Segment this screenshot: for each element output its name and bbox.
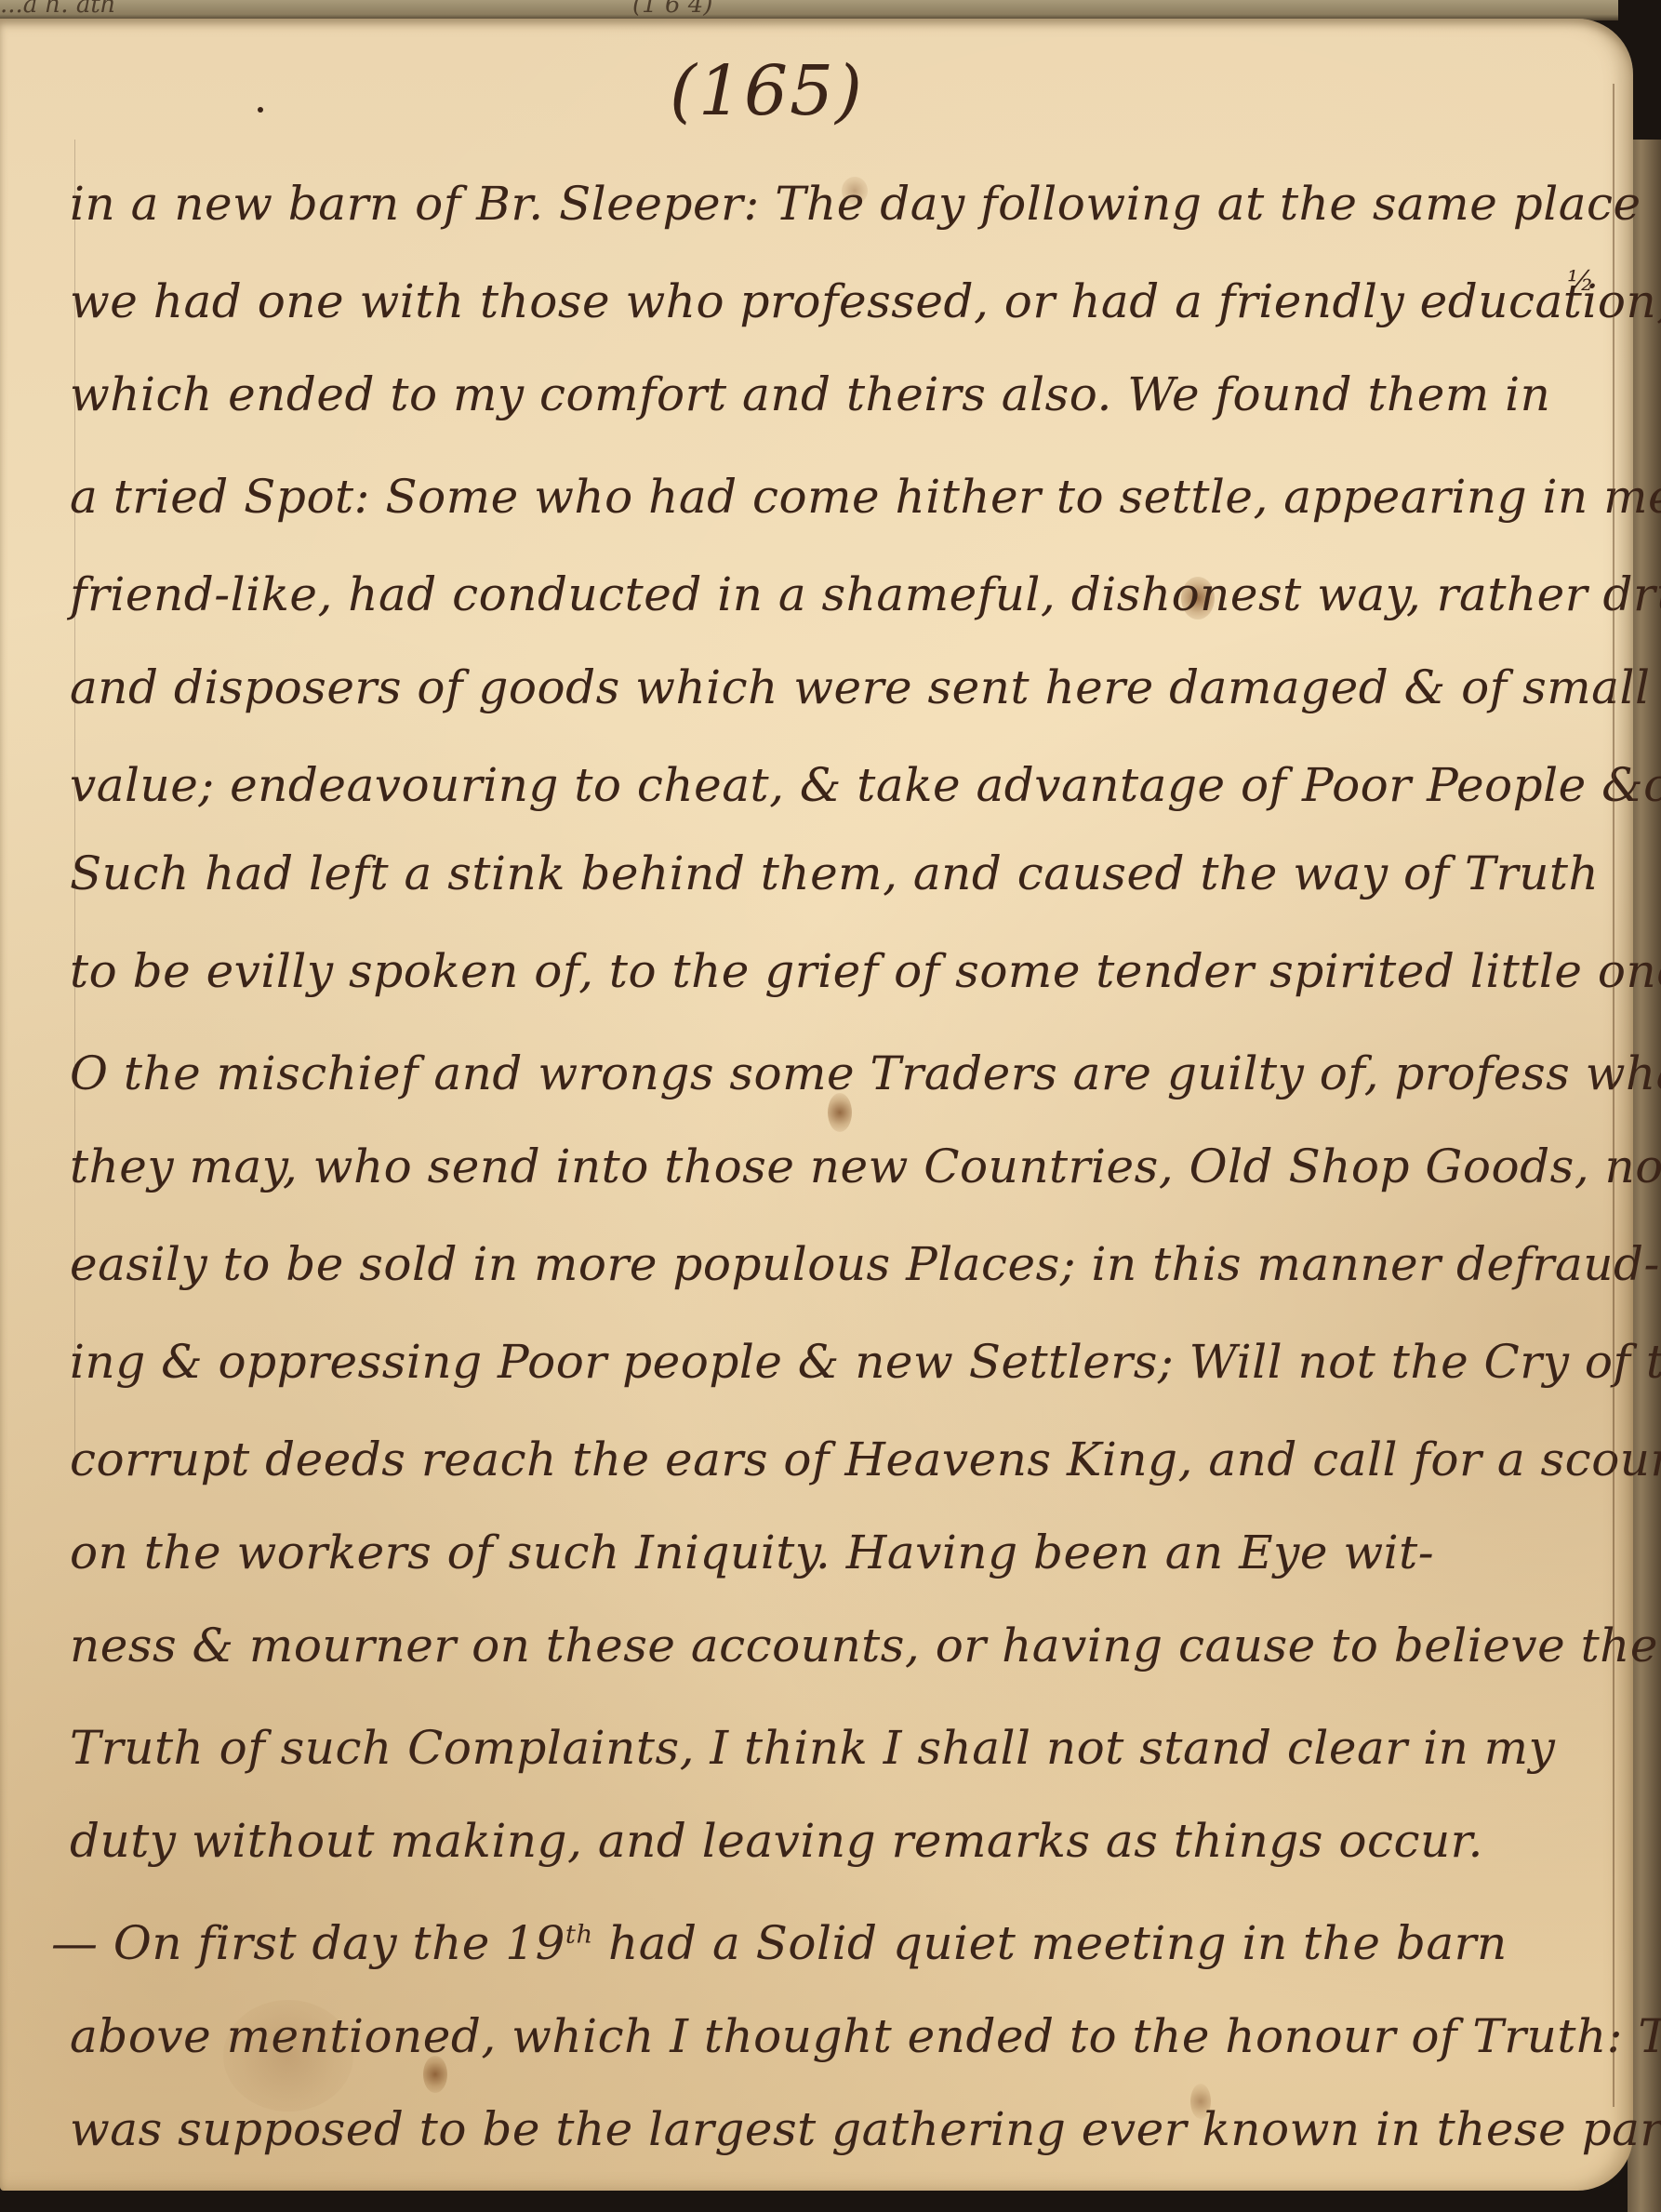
previous-page-text-fragment: ...a h. ath (0, 0, 116, 19)
handwritten-text-body: in a new barn of Br. Sleeper: The day fo… (0, 19, 1633, 2191)
text-line-12: easily to be sold in more populous Place… (70, 1237, 1595, 1291)
text-line-13: ing & oppressing Poor people & new Settl… (70, 1335, 1595, 1389)
manuscript-page: (165) ½ in a new barn of Br. Sleeper: Th… (0, 19, 1633, 2191)
text-line-19: — On first day the 19th had a Solid quie… (51, 1916, 1576, 1970)
text-line-2: we had one with those who professed, or … (70, 274, 1595, 328)
previous-page-edge: ...a h. ath (1 6 4) (0, 0, 1618, 20)
text-line-11: they may, who send into those new Countr… (70, 1139, 1595, 1193)
text-line-17: Truth of such Complaints, I think I shal… (70, 1721, 1595, 1775)
text-line-19-end: had a Solid quiet meeting in the barn (593, 1916, 1508, 1970)
text-line-3: which ended to my comfort and theirs als… (70, 367, 1595, 421)
text-line-19-start: — On first day the 19 (51, 1916, 565, 1970)
text-line-21: was supposed to be the largest gathering… (70, 2102, 1595, 2156)
text-line-16: ness & mourner on these accounts, or hav… (70, 1619, 1595, 1672)
text-line-6: and disposers of goods which were sent h… (70, 660, 1595, 714)
text-line-14: corrupt deeds reach the ears of Heavens … (70, 1432, 1595, 1486)
text-line-1: in a new barn of Br. Sleeper: The day fo… (70, 177, 1595, 231)
text-line-9: to be evilly spoken of, to the grief of … (70, 944, 1595, 998)
manuscript-scan: ...a h. ath (1 6 4) (165) ½ in a new bar… (0, 0, 1661, 2212)
text-line-20: above mentioned, which I thought ended t… (70, 2009, 1595, 2063)
text-line-15: on the workers of such Iniquity. Having … (70, 1526, 1595, 1579)
text-line-4: a tried Spot: Some who had come hither t… (70, 470, 1595, 524)
text-line-5: friend-like, had conducted in a shameful… (70, 567, 1595, 621)
text-line-7: value; endeavouring to cheat, & take adv… (70, 758, 1595, 812)
text-line-10: O the mischief and wrongs some Traders a… (70, 1046, 1595, 1100)
text-line-18: duty without making, and leaving remarks… (70, 1814, 1595, 1868)
previous-page-number-fragment: (1 6 4) (632, 0, 712, 19)
ordinal-suffix: th (565, 1919, 593, 1949)
text-line-8: Such had left a stink behind them, and c… (70, 846, 1595, 900)
